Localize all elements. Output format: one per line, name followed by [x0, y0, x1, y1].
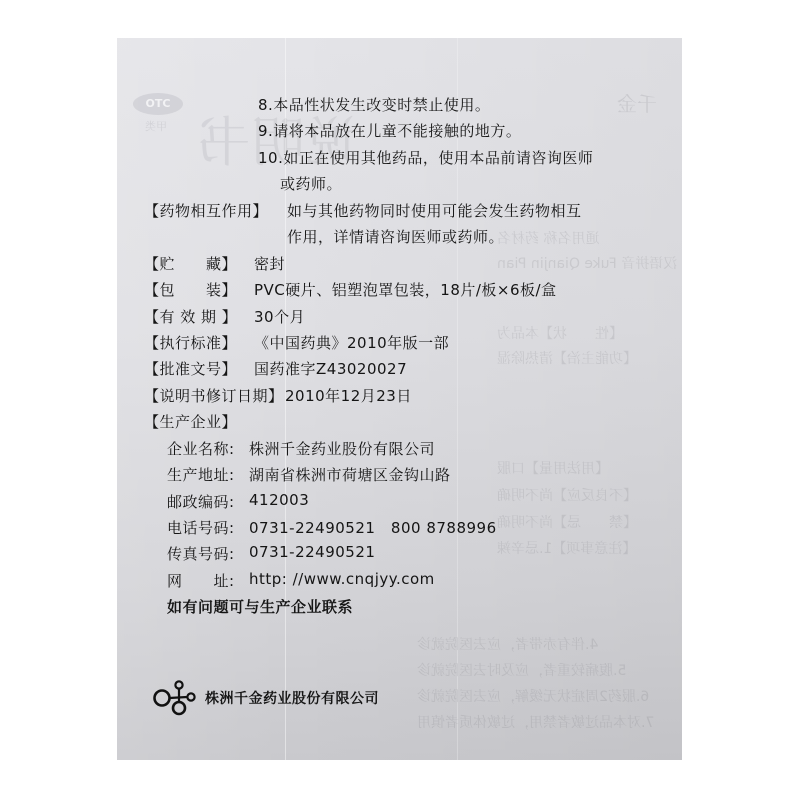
ghost-text: 【不良反应】尚不明确: [497, 485, 637, 505]
precaution-item-9: 9.请将本品放在儿童不能接触的地方。: [258, 120, 521, 141]
postcode: 412003: [249, 491, 309, 509]
precaution-item-10: 10.如正在使用其他药品，使用本品前请咨询医师: [258, 147, 593, 168]
ghost-text: 【性 状】本品为: [497, 323, 623, 343]
company-logo: 株洲千金药业股份有限公司: [153, 678, 379, 718]
approval-value: 国药准字Z43020027: [254, 358, 407, 379]
ghost-text: 【功能主治】清热除湿: [497, 348, 637, 368]
storage-value: 密封: [254, 253, 285, 274]
ghost-text: 通用名称 药材名: [497, 228, 599, 248]
contact-note: 如有问题可与生产企业联系: [167, 596, 353, 617]
ghost-text: 5.腹痛较重者，应及时去医院就诊: [417, 660, 626, 680]
ghost-text: 【注意事项】1.忌辛辣: [497, 538, 636, 558]
revision-label: 【说明书修订日期】: [144, 385, 284, 406]
manufacturer-label: 【生产企业】: [144, 411, 237, 432]
website-label: 网 址:: [167, 570, 235, 591]
ghost-text: 【用法用量】口服: [497, 458, 609, 478]
fax-label: 传真号码:: [167, 543, 235, 564]
address-label: 生产地址:: [167, 464, 235, 485]
validity-label: 【有 效 期 】: [144, 306, 237, 327]
interactions-text: 如与其他药物同时使用可能会发生药物相互: [287, 200, 582, 221]
validity-value: 30个月: [254, 306, 305, 327]
precaution-item-8: 8.本品性状发生改变时禁止使用。: [258, 94, 490, 115]
ghost-text: 6.服药2周症状无缓解，应去医院就诊: [417, 686, 649, 706]
ghost-text: 汉语拼音 Fuke Qianjin Pian: [497, 253, 677, 273]
approval-label: 【批准文号】: [144, 358, 237, 379]
address: 湖南省株洲市荷塘区金钩山路: [249, 464, 451, 485]
phone: 0731-22490521 800 8788996: [249, 517, 497, 538]
ghost-text: 4.伴有赤带者，应去医院就诊: [417, 634, 598, 654]
ghost-text: 7.对本品过敏者禁用，过敏体质者慎用: [417, 712, 654, 732]
revision-value: 2010年12月23日: [285, 385, 412, 406]
website: http: //www.cnqjyy.com: [249, 570, 435, 588]
logo-company-name: 株洲千金药业股份有限公司: [205, 688, 379, 708]
interactions-label: 【药物相互作用】: [144, 200, 268, 221]
fax: 0731-22490521: [249, 543, 375, 561]
ghost-text: 【禁 忌】尚不明确: [497, 512, 637, 532]
packaging-value: PVC硬片、铝塑泡罩包装，18片/板×6板/盒: [254, 279, 557, 300]
leaflet-page: OTC 甲类 千金 说明书 通用名称 药材名 汉语拼音 Fuke Qianjin…: [117, 38, 682, 760]
interactions-text-cont: 作用，详情请咨询医师或药师。: [287, 226, 504, 247]
otc-sub-ghost: 甲类: [145, 118, 167, 134]
company-name-label: 企业名称:: [167, 438, 235, 459]
postcode-label: 邮政编码:: [167, 491, 235, 512]
standard-value: 《中国药典》2010年版一部: [254, 332, 449, 353]
phone-label: 电话号码:: [167, 517, 235, 538]
standard-label: 【执行标准】: [144, 332, 237, 353]
company-name: 株洲千金药业股份有限公司: [249, 438, 435, 459]
brand-ghost: 千金: [617, 88, 657, 117]
storage-label: 【贮 藏】: [144, 253, 237, 274]
precaution-item-10-cont: 或药师。: [280, 173, 342, 194]
packaging-label: 【包 装】: [144, 279, 237, 300]
qianjin-logo-icon: [153, 678, 201, 718]
otc-badge-ghost: OTC: [133, 93, 183, 115]
